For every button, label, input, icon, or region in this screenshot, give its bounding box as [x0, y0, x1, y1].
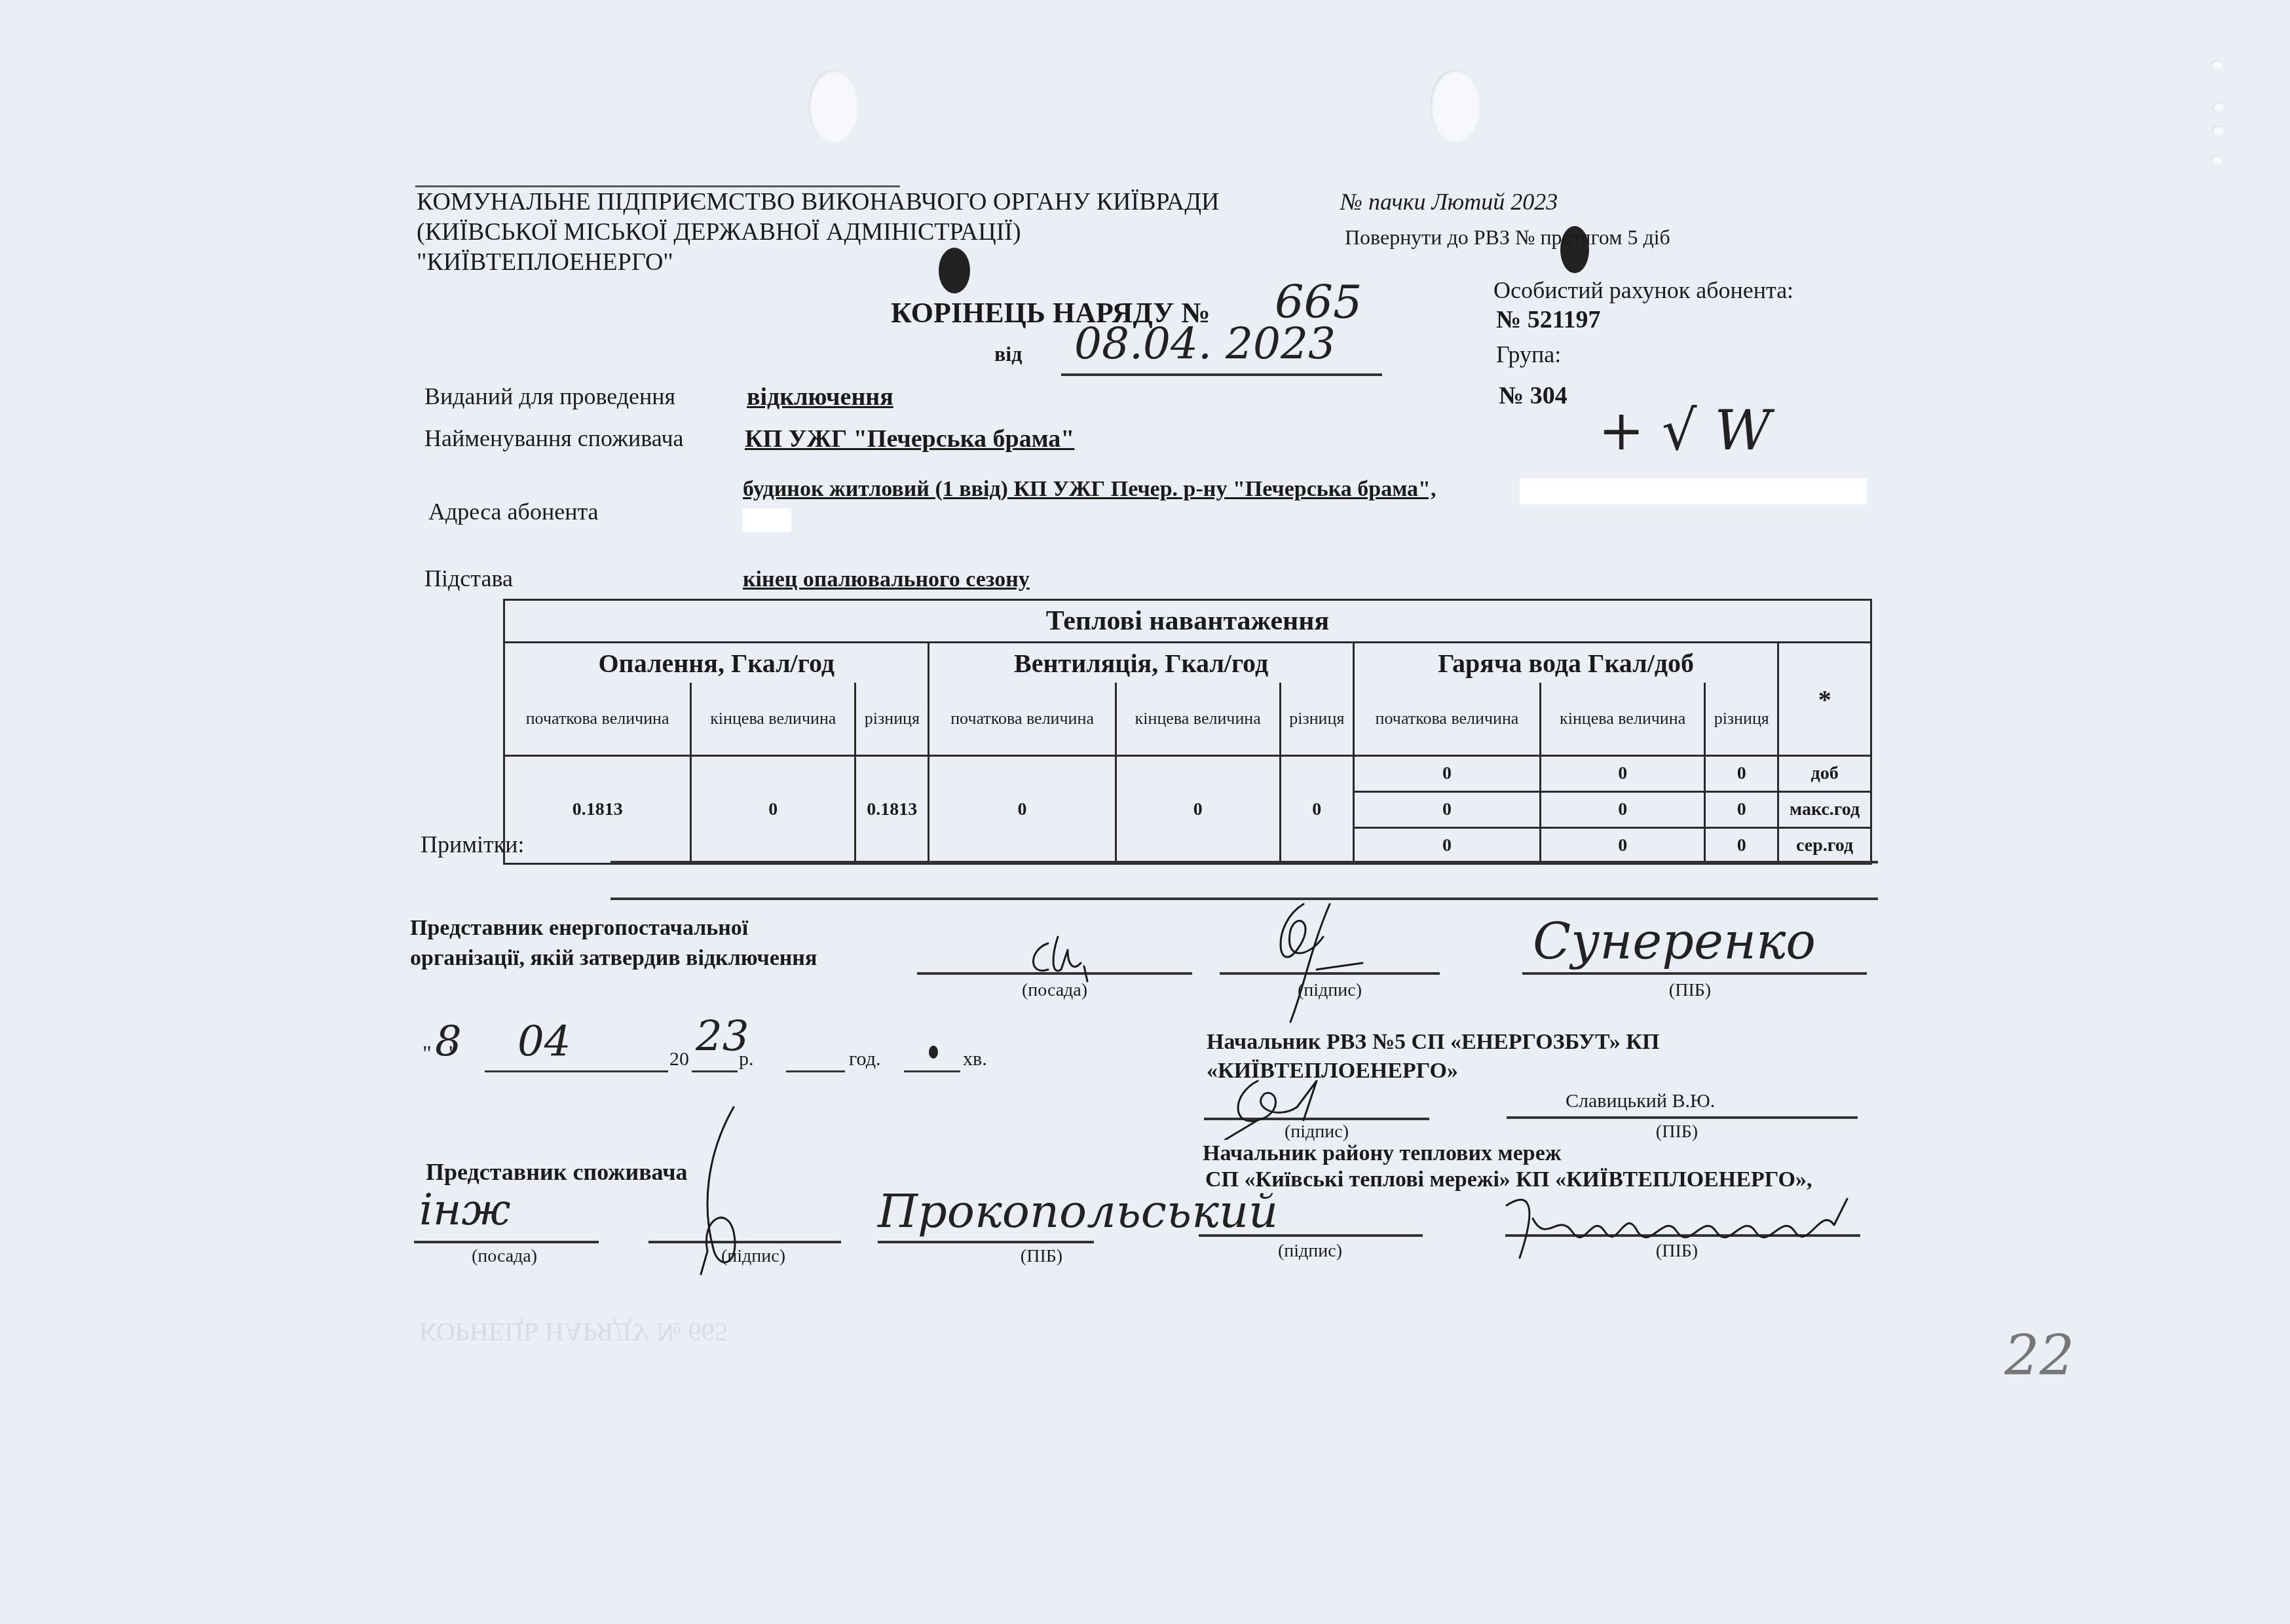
heating-final: 0 — [691, 756, 855, 864]
order-date: 08.04. 2023 — [1074, 318, 1336, 369]
date-min-suffix: хв. — [963, 1048, 987, 1070]
col-heating-final: кінцева величина — [691, 683, 855, 756]
account-label: Особистий рахунок абонента: — [1493, 276, 1793, 304]
vent-diff: 0 — [1280, 756, 1353, 864]
supplier-name-handwritten: Сунеренко — [1533, 912, 1816, 970]
rvz-name-caption: (ПІБ) — [1605, 1122, 1749, 1142]
staple-mark — [2211, 155, 2223, 164]
order-from-label: від — [994, 339, 1022, 368]
date-month: 04 — [517, 1018, 571, 1067]
page-number: 22 — [2004, 1323, 2074, 1388]
water-final: 0 — [1541, 792, 1705, 828]
order-date-underline — [1061, 373, 1382, 376]
network-head-title-1: Начальник району теплових мереж — [1203, 1141, 1561, 1166]
col-water-diff: різниця — [1705, 683, 1778, 756]
hour-line — [786, 1070, 845, 1072]
date-day-quotes: " " — [422, 1042, 457, 1067]
staple-mark — [2213, 102, 2224, 111]
month-line — [485, 1070, 668, 1072]
consumer-rep-label: Представник споживача — [426, 1158, 687, 1186]
redacted-address-2 — [743, 508, 791, 532]
ink-dot — [929, 1046, 938, 1059]
col-water-initial: початкова величина — [1353, 683, 1540, 756]
ink-blot — [939, 248, 970, 293]
address-label: Адреса абонента — [428, 498, 599, 525]
consumer-name-handwritten: Прокопольський — [878, 1184, 1278, 1238]
date-year-suffix: р. — [739, 1048, 754, 1070]
rvz-head-title-1: Начальник РВЗ №5 СП «ЕНЕРГОЗБУТ» КП — [1207, 1030, 1659, 1055]
group-hot-water: Гаряча вода Гкал/доб — [1353, 643, 1778, 683]
minute-line — [904, 1070, 960, 1072]
col-vent-initial: початкова величина — [929, 683, 1116, 756]
basis-value: кінец опалювального сезону — [743, 567, 1030, 592]
network-head-signature — [1480, 1179, 1873, 1271]
water-unit: доб — [1778, 756, 1871, 792]
group-number: № 304 — [1499, 381, 1567, 410]
unit-column-header: * — [1778, 643, 1871, 756]
water-initial: 0 — [1353, 828, 1540, 864]
col-heating-diff: різниця — [855, 683, 929, 756]
group-ventilation: Вентиляція, Гкал/год — [929, 643, 1353, 683]
issued-for-value: відключення — [747, 383, 893, 411]
issued-for-label: Виданий для проведення — [424, 383, 675, 410]
supplier-name-line — [1522, 972, 1867, 975]
consumer-position-handwritten: інж — [419, 1184, 511, 1235]
col-water-final: кінцева величина — [1541, 683, 1705, 756]
rvz-name-line — [1507, 1116, 1858, 1119]
supplier-name-caption: (ПІБ) — [1618, 980, 1762, 1001]
vent-initial: 0 — [929, 756, 1116, 864]
thermal-loads-table: Теплові навантаження Опалення, Гкал/год … — [503, 599, 1872, 865]
redacted-address — [1520, 478, 1867, 504]
water-diff: 0 — [1705, 792, 1778, 828]
consumer-label: Найменування споживача — [424, 425, 684, 452]
water-unit: макс.год — [1778, 792, 1871, 828]
water-initial: 0 — [1353, 792, 1540, 828]
notes-line-1 — [610, 861, 1878, 863]
staple-mark — [2212, 126, 2224, 135]
supplier-signature — [1231, 897, 1389, 1029]
org-line-3: "КИЇВТЕПЛОЕНЕРГО" — [417, 248, 673, 276]
pack-number: № пачки Лютий 2023 — [1340, 187, 1558, 216]
col-vent-final: кінцева величина — [1116, 683, 1280, 756]
org-line-2: (КИЇВСЬКОЇ МІСЬКОЇ ДЕРЖАВНОЇ АДМІНІСТРАЦ… — [417, 217, 1021, 246]
network-signature-caption: (підпис) — [1238, 1241, 1382, 1262]
notes-label: Примітки: — [421, 831, 525, 858]
punch-hole-left — [808, 69, 858, 143]
account-number: № 521197 — [1496, 305, 1601, 334]
org-line-1: КОМУНАЛЬНЕ ПІДПРИЄМСТВО ВИКОНАВЧОГО ОРГА… — [417, 187, 1220, 216]
year-line — [692, 1070, 738, 1072]
water-diff: 0 — [1705, 756, 1778, 792]
return-note: Повернути до РВЗ № протягом 5 діб — [1345, 223, 1670, 252]
bleed-through: КОРНЕЦЬ НАРЯДУ № 665 — [419, 1317, 727, 1348]
heating-diff: 0.1813 — [855, 756, 929, 864]
vent-final: 0 — [1116, 756, 1280, 864]
table-title: Теплові навантаження — [504, 600, 1871, 643]
water-initial: 0 — [1353, 756, 1540, 792]
table-row: 0.1813 0 0.1813 0 0 0 0 0 0 доб — [504, 756, 1871, 792]
rvz-head-signature — [1218, 1068, 1349, 1140]
consumer-position-line — [414, 1241, 599, 1243]
basis-label: Підстава — [424, 565, 513, 592]
handwritten-marks: + √ W — [1598, 398, 1771, 463]
supplier-position-initials — [1022, 930, 1107, 983]
staple-mark — [2211, 60, 2223, 69]
consumer-name-line — [878, 1241, 1094, 1243]
water-unit: сер.год — [1778, 828, 1871, 864]
rvz-head-name: Славицький В.Ю. — [1566, 1090, 1715, 1112]
consumer-signature — [662, 1101, 760, 1277]
address-value: будинок житловий (1 ввід) КП УЖГ Печер. … — [743, 477, 1436, 502]
water-diff: 0 — [1705, 828, 1778, 864]
consumer-value: КП УЖГ "Печерська брама" — [745, 425, 1074, 453]
water-final: 0 — [1541, 828, 1705, 864]
water-final: 0 — [1541, 756, 1705, 792]
supplier-position-caption: (посада) — [983, 980, 1127, 1001]
supplier-rep-label-2: організації, якій затвердив відключення — [410, 946, 817, 971]
col-vent-diff: різниця — [1280, 683, 1353, 756]
heating-initial: 0.1813 — [504, 756, 691, 864]
group-label: Група: — [1496, 341, 1561, 368]
date-century: 20 — [669, 1048, 689, 1070]
date-hour-suffix: год. — [849, 1048, 880, 1070]
consumer-position-caption: (посада) — [432, 1246, 576, 1267]
punch-hole-right — [1430, 69, 1480, 143]
consumer-name-caption: (ПІБ) — [969, 1246, 1114, 1267]
col-heating-initial: початкова величина — [504, 683, 691, 756]
supplier-rep-label-1: Представник енергопостачальної — [410, 916, 748, 941]
group-heating: Опалення, Гкал/год — [504, 643, 929, 683]
